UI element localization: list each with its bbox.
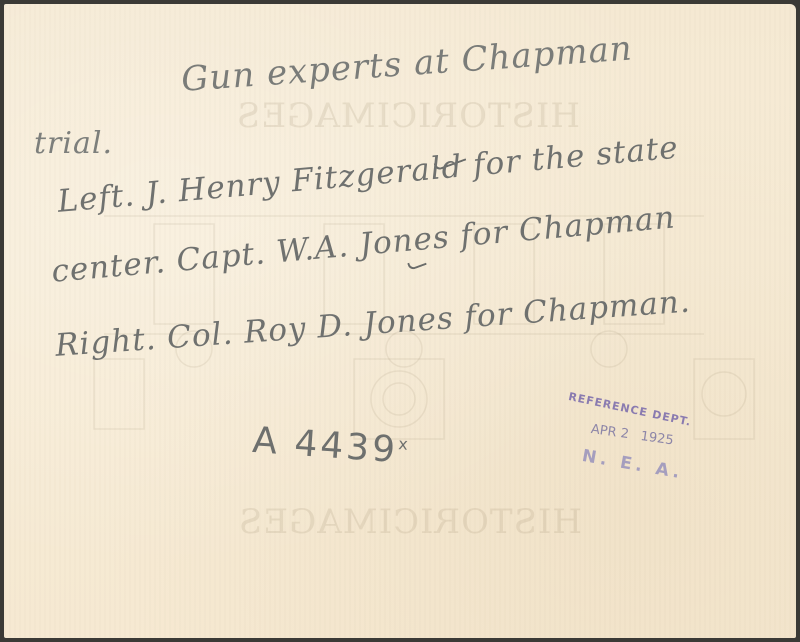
caption-title-continued: trial. [34, 126, 113, 161]
watermark-text-bottom: HISTORICIMAGES [238, 502, 582, 542]
photo-back-paper: HISTORICIMAGES HISTORICIMAGES Gun expert… [4, 4, 796, 638]
watermark-text-top: HISTORICIMAGES [236, 96, 580, 136]
catalog-number-suffix: x [398, 434, 412, 454]
